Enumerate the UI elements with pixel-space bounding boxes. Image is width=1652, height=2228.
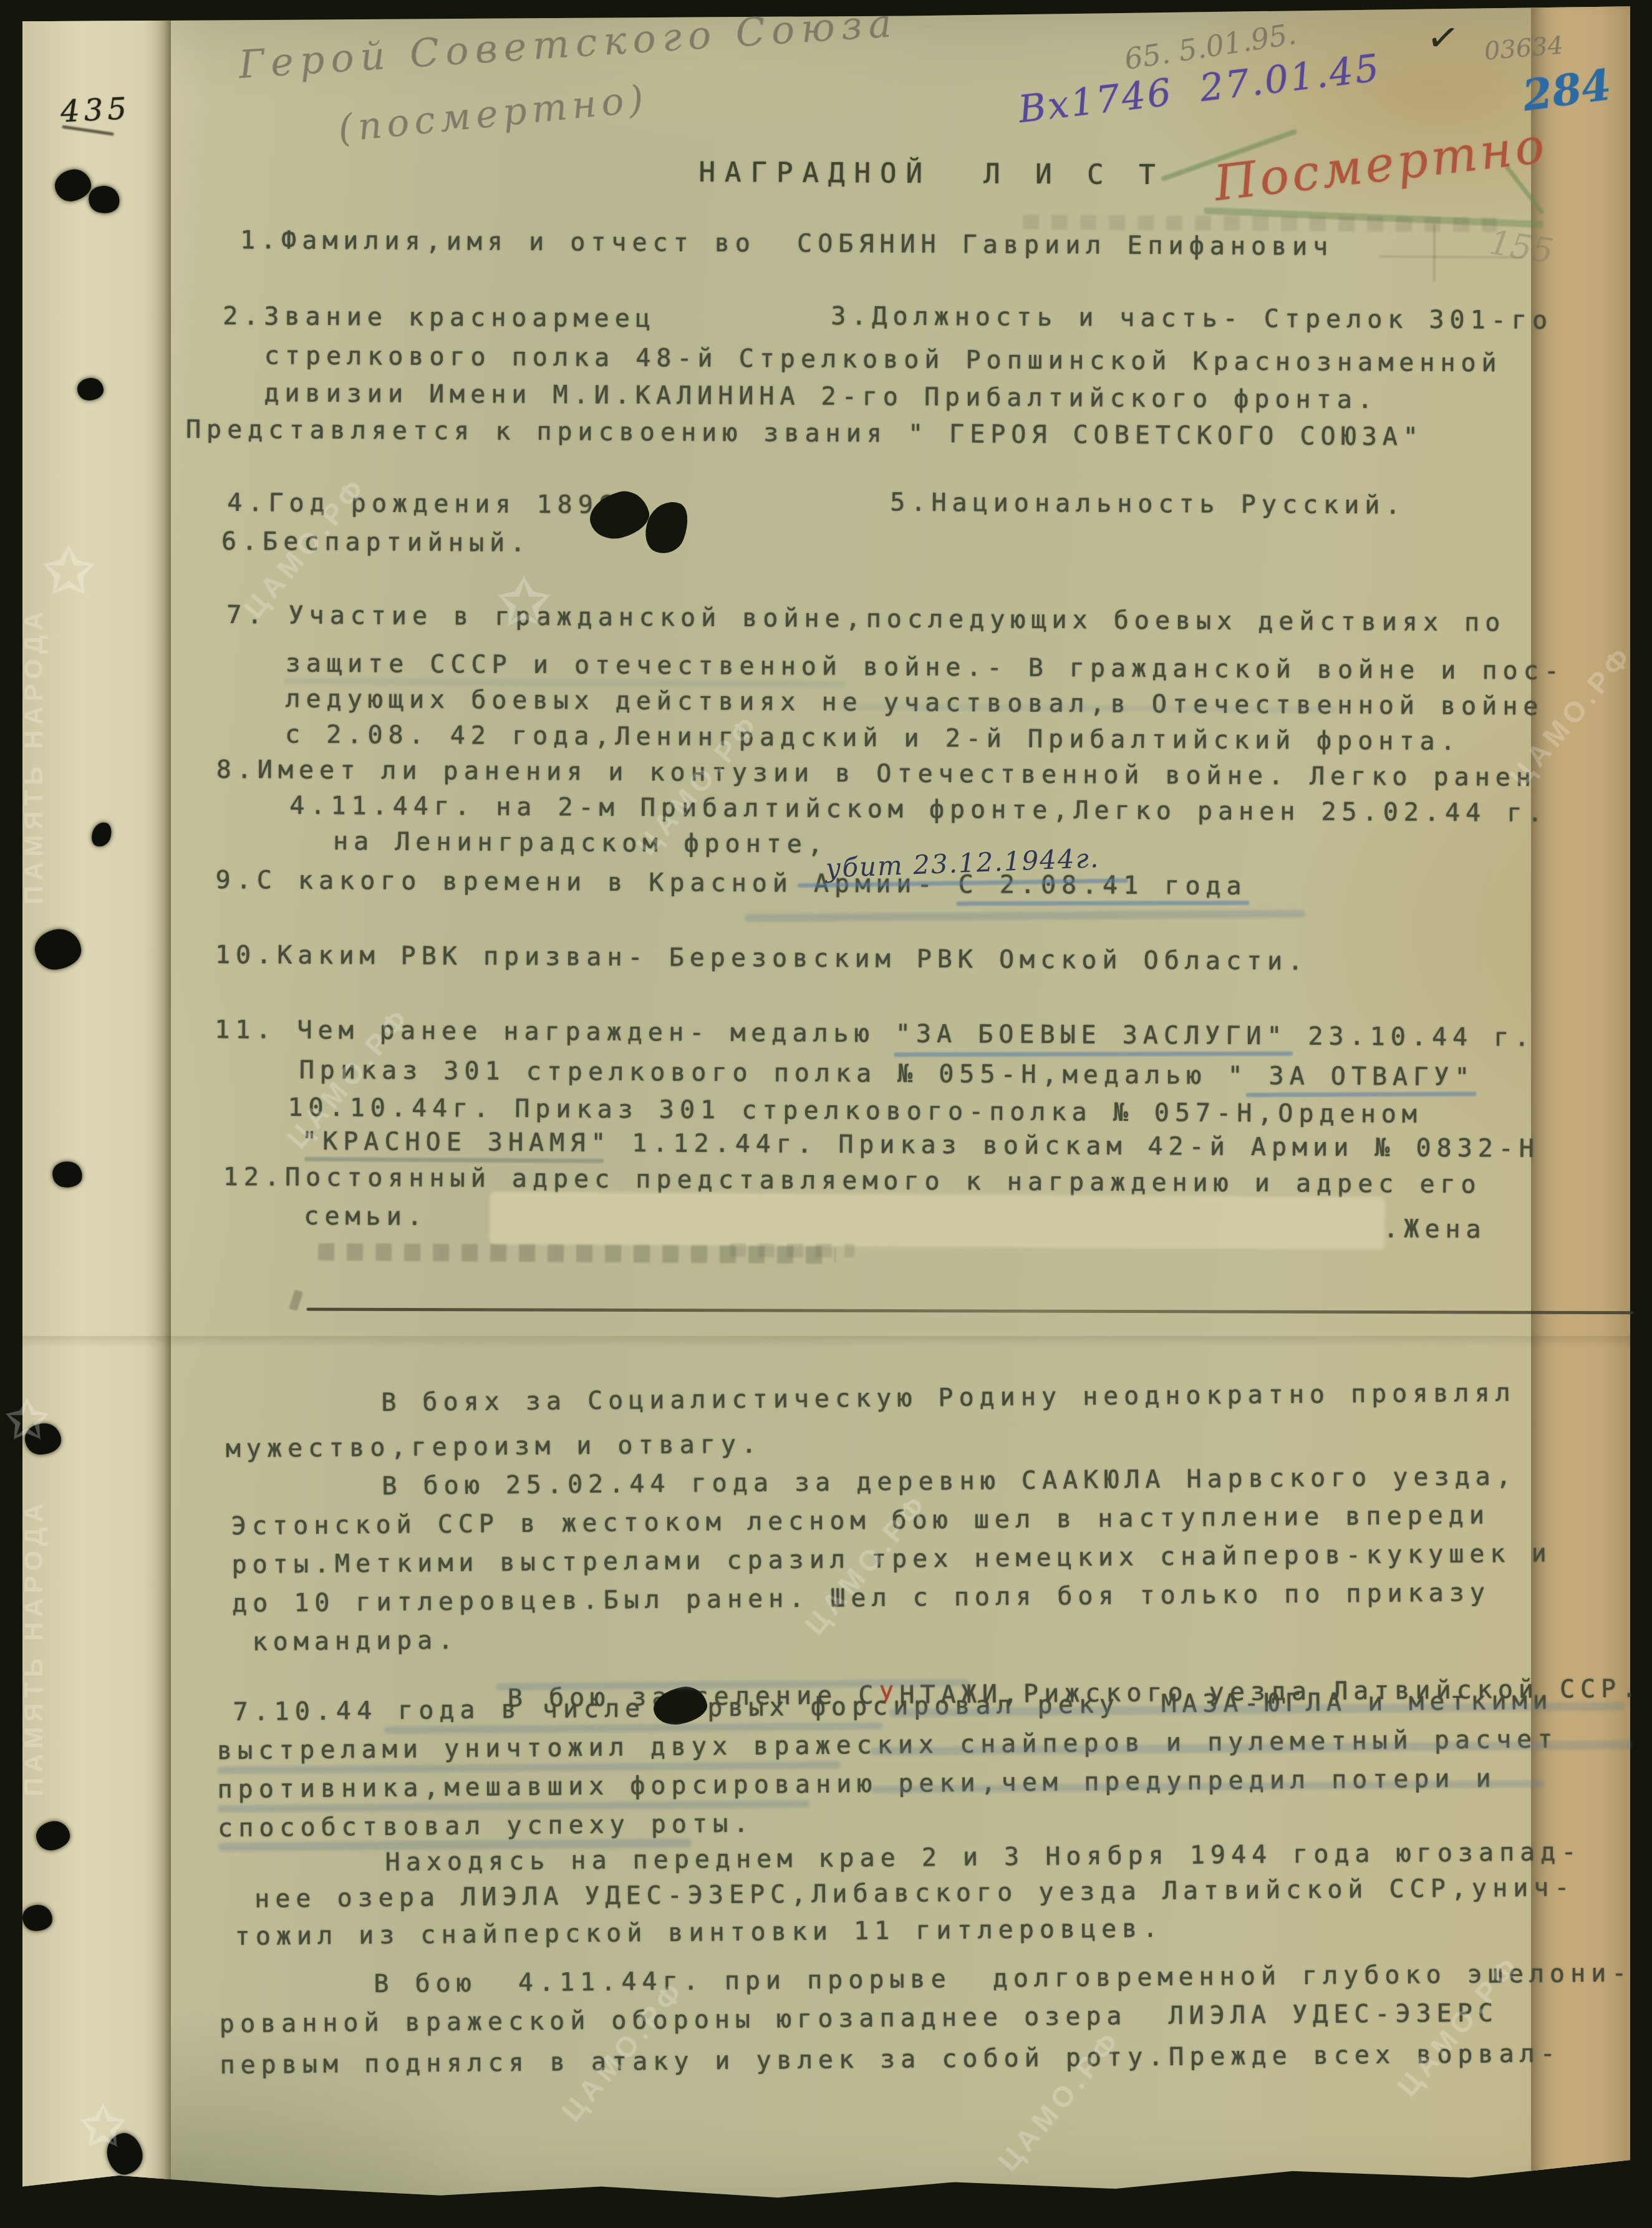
narrative-line: до 10 гитлеровцев.Был ранен. Шел с поля … — [232, 1578, 1490, 1618]
narrative-line: В бою 4.11.44г. при прорыве долговременн… — [374, 1959, 1632, 1998]
narrative-line: Эстонской ССР в жестоком лесном бою шел … — [231, 1501, 1490, 1541]
narrative-line: В бою 25.02.44 года за деревню СААКЮЛА Н… — [382, 1462, 1517, 1501]
narrative-line: рованной вражеской обороны югозападнее о… — [220, 1998, 1499, 2038]
narrative-line: В боях за Социалистическую Родину неодно… — [381, 1378, 1516, 1417]
narrative-line: нее озера ЛИЭЛА УДЕС-ЭЗЕРС,Либавского уе… — [254, 1873, 1575, 1913]
narrative-line: первым поднялся в атаку и увлек за собой… — [220, 2039, 1561, 2080]
narrative-line: способствовал успеху роты. — [218, 1809, 755, 1843]
scanned-award-sheet: Герой Советского Союза (посмертно) 435 6… — [0, 0, 1652, 2228]
narrative-line: мужество,героизм и отвагу. — [226, 1430, 763, 1464]
narrative-line: роты.Меткими выстрелами сразил трех неме… — [231, 1539, 1552, 1579]
narrative-line: командира. — [252, 1626, 458, 1657]
narrative-line: тожил из снайперской винтовки 11 гитлеро… — [235, 1914, 1164, 1951]
narrative-section: В боях за Социалистическую Родину неодно… — [0, 0, 1652, 2228]
